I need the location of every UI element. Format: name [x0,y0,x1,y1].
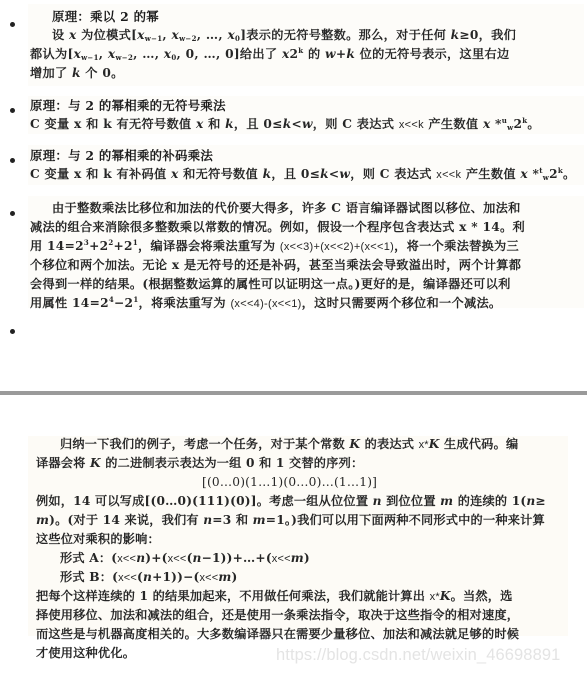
principle-1-line-2: 都认为[xw−1, xw−2, …, x0, 0, …, 0]给出了 x2k 的… [30,46,510,63]
bullet-dot-icon [10,211,15,216]
principle-1-line-1: 设 x 为位模式[xw−1, xw−2, …, x0]表示的无符号整数。那么，对… [52,27,516,44]
principle-title-1: 原理：乘以 2 的幂 [52,8,159,25]
form-a: 形式 A：(x<<n)+(x<<(n−1))+…+(x<<m) [60,550,310,568]
bottom-line-2: 译器会将 K 的二进制表示表达为一组 0 和 1 交替的序列： [36,455,363,472]
principle-2-line-1: C 变量 x 和 k 有无符号数值 x 和 k，且 0≤k<w，则 C 表达式 … [30,116,540,134]
bottom-line-11: 而这些是与机器高度相关的。大多数编译器只在需要少量移位、加法和减法就足够的时候 [36,626,519,643]
principle-3-line-1: C 变量 x 和 k 有补码值 x 和无符号数值 k，且 0≤k<w，则 C 表… [30,166,576,184]
bullet-dot-icon [10,158,15,163]
bottom-line-10: 择使用移位、加法和减法的组合，还是使用一条乘法指令，取决于这些指令的相对速度， [36,607,519,624]
bullet-dot-icon [10,22,15,27]
top-section: 原理：乘以 2 的幂 设 x 为位模式[xw−1, xw−2, …, x0]表示… [0,0,587,386]
paragraph-line-2: 减法的组合来消除很多整数乘以常数的情况。例如，假设一个程序包含表达式 x * 1… [30,219,525,236]
principle-1-line-3: 增加了 k 个 0。 [30,65,124,82]
principle-title-3: 原理：与 2 的幂相乘的补码乘法 [30,147,213,164]
paragraph-line-1: 由于整数乘法比移位和加法的代价要大得多，许多 C 语言编译器试图以移位、加法和 [52,200,521,217]
bottom-line-4: 例如，14 可以写成[(0…0)(111)(0)]。考虑一组从位位置 n 到位位… [36,493,546,510]
bottom-line-1: 归纳一下我们的例子，考虑一个任务，对于某个常数 K 的表达式 x*K 生成代码。… [60,436,518,454]
bullet-dot-icon [10,329,15,334]
bullet-dot-icon [10,108,15,113]
paragraph-line-5: 会得到一样的结果。(根据整数运算的属性可以证明这一点。)更好的是，编译器还可以利 [30,276,511,293]
paragraph-line-6: 用属性 14=24−21，将乘法重写为 (x<<4)-(x<<1)，这时只需要两… [30,295,501,313]
watermark: https://blog.csdn.net/weixin_46698891 [276,646,560,665]
bottom-line-9: 把每个这样连续的 1 的结果加起来，不用做任何乘法，我们就能计算出 x*K。当然… [36,588,513,606]
paragraph-line-4: 个移位和两个加法。无论 x 是无符号的还是补码，甚至当乘法会导致溢出时，两个计算… [30,257,521,274]
bottom-line-5: m)。(对于 14 来说，我们有 n=3 和 m=1。)我们可以用下面两种不同形… [36,512,545,529]
bottom-line-3: [(0…0)(1…1)(0…0)…(1…1)] [202,474,377,491]
section-separator [0,391,587,395]
paragraph-line-3: 用 14=23+22+21，编译器会将乘法重写为 (x<<3)+(x<<2)+(… [30,238,519,256]
bottom-line-12: 才使用这种优化。 [36,645,135,662]
principle-title-2: 原理：与 2 的幂相乘的无符号乘法 [30,97,226,114]
bottom-line-6: 这些位对乘积的影响： [36,531,160,548]
form-b: 形式 B：(x<<(n+1))−(x<<m) [60,569,238,587]
